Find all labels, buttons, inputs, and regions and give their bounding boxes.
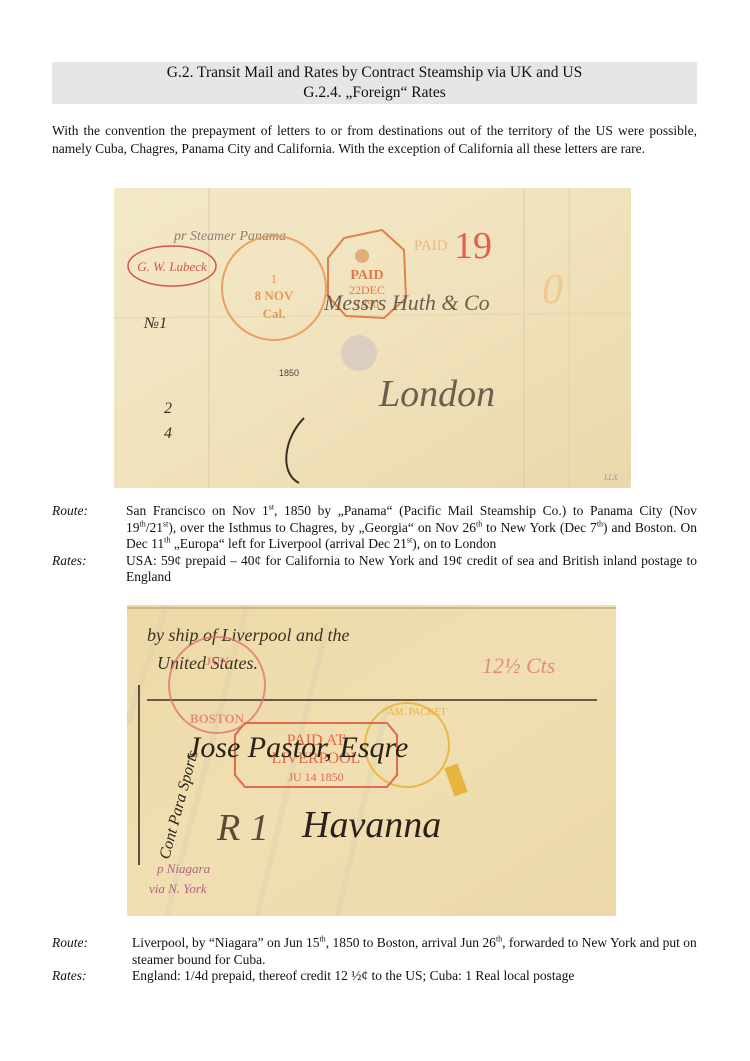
route-row: Route: San Francisco on Nov 1st, 1850 by…: [52, 503, 697, 553]
route-text: San Francisco on Nov 1st, 1850 by „Panam…: [126, 503, 697, 553]
route-label: Route:: [52, 503, 126, 553]
manuscript-line-1: by ship of Liverpool and the: [147, 625, 349, 645]
section-subtitle: G.2.4. „Foreign“ Rates: [52, 83, 697, 103]
svg-text:JUN: JUN: [205, 654, 229, 668]
cover-image-san-francisco-london: pr Steamer Panama G. W. Lubeck 1 8 NOV C…: [114, 188, 631, 488]
svg-text:Cal.: Cal.: [263, 306, 286, 321]
intro-paragraph: With the convention the prepayment of le…: [52, 122, 697, 158]
via-note-2: via N. York: [149, 881, 207, 896]
route-row: Route: Liverpool, by “Niagara” on Jun 15…: [52, 935, 697, 968]
rates-label: Rates:: [52, 553, 126, 586]
section-header: G.2. Transit Mail and Rates by Contract …: [52, 62, 697, 104]
rates-row: Rates: USA: 59¢ prepaid – 40¢ for Califo…: [52, 553, 697, 586]
svg-text:1: 1: [271, 271, 278, 286]
rates-row: Rates: England: 1/4d prepaid, thereof cr…: [52, 968, 697, 985]
svg-text:AM. PACKET: AM. PACKET: [387, 707, 446, 718]
rates-text: USA: 59¢ prepaid – 40¢ for California to…: [126, 553, 697, 586]
rates-text: England: 1/4d prepaid, thereof credit 12…: [132, 968, 697, 985]
route-text: Liverpool, by “Niagara” on Jun 15th, 185…: [132, 935, 697, 968]
svg-text:4: 4: [164, 425, 172, 442]
svg-text:0: 0: [542, 267, 563, 313]
address-line-2: Havanna: [301, 804, 441, 846]
rate-mark: R 1: [216, 807, 269, 849]
caption-cover-2: Route: Liverpool, by “Niagara” on Jun 15…: [52, 935, 697, 985]
rates-label: Rates:: [52, 968, 132, 985]
rate-numeral-19: 19: [454, 225, 492, 267]
svg-text:BOSTON: BOSTON: [190, 711, 245, 726]
svg-text:2: 2: [164, 400, 172, 417]
corner-note: LLX: [603, 473, 619, 482]
cover-image-liverpool-havana: by ship of Liverpool and the United Stat…: [127, 605, 616, 916]
section-title: G.2. Transit Mail and Rates by Contract …: [52, 63, 697, 83]
svg-text:G. W. Lubeck: G. W. Lubeck: [137, 259, 207, 274]
svg-text:PAID: PAID: [350, 268, 383, 283]
svg-text:№1: №1: [143, 315, 167, 332]
pencil-note-1850: 1850: [279, 368, 299, 378]
partial-paid-stamp: PAID: [414, 238, 448, 254]
svg-text:8 NOV: 8 NOV: [255, 288, 294, 303]
address-line-2: London: [378, 373, 495, 415]
via-note-1: p Niagara: [156, 861, 211, 876]
caption-cover-1: Route: San Francisco on Nov 1st, 1850 by…: [52, 503, 697, 586]
address-line-1: Messrs Huth & Co: [323, 290, 490, 315]
rate-manuscript: 12½ Cts: [482, 653, 555, 678]
address-line-1: Jose Pastor, Esqre: [187, 731, 408, 764]
svg-text:JU 14 1850: JU 14 1850: [288, 770, 343, 784]
route-label: Route:: [52, 935, 132, 968]
